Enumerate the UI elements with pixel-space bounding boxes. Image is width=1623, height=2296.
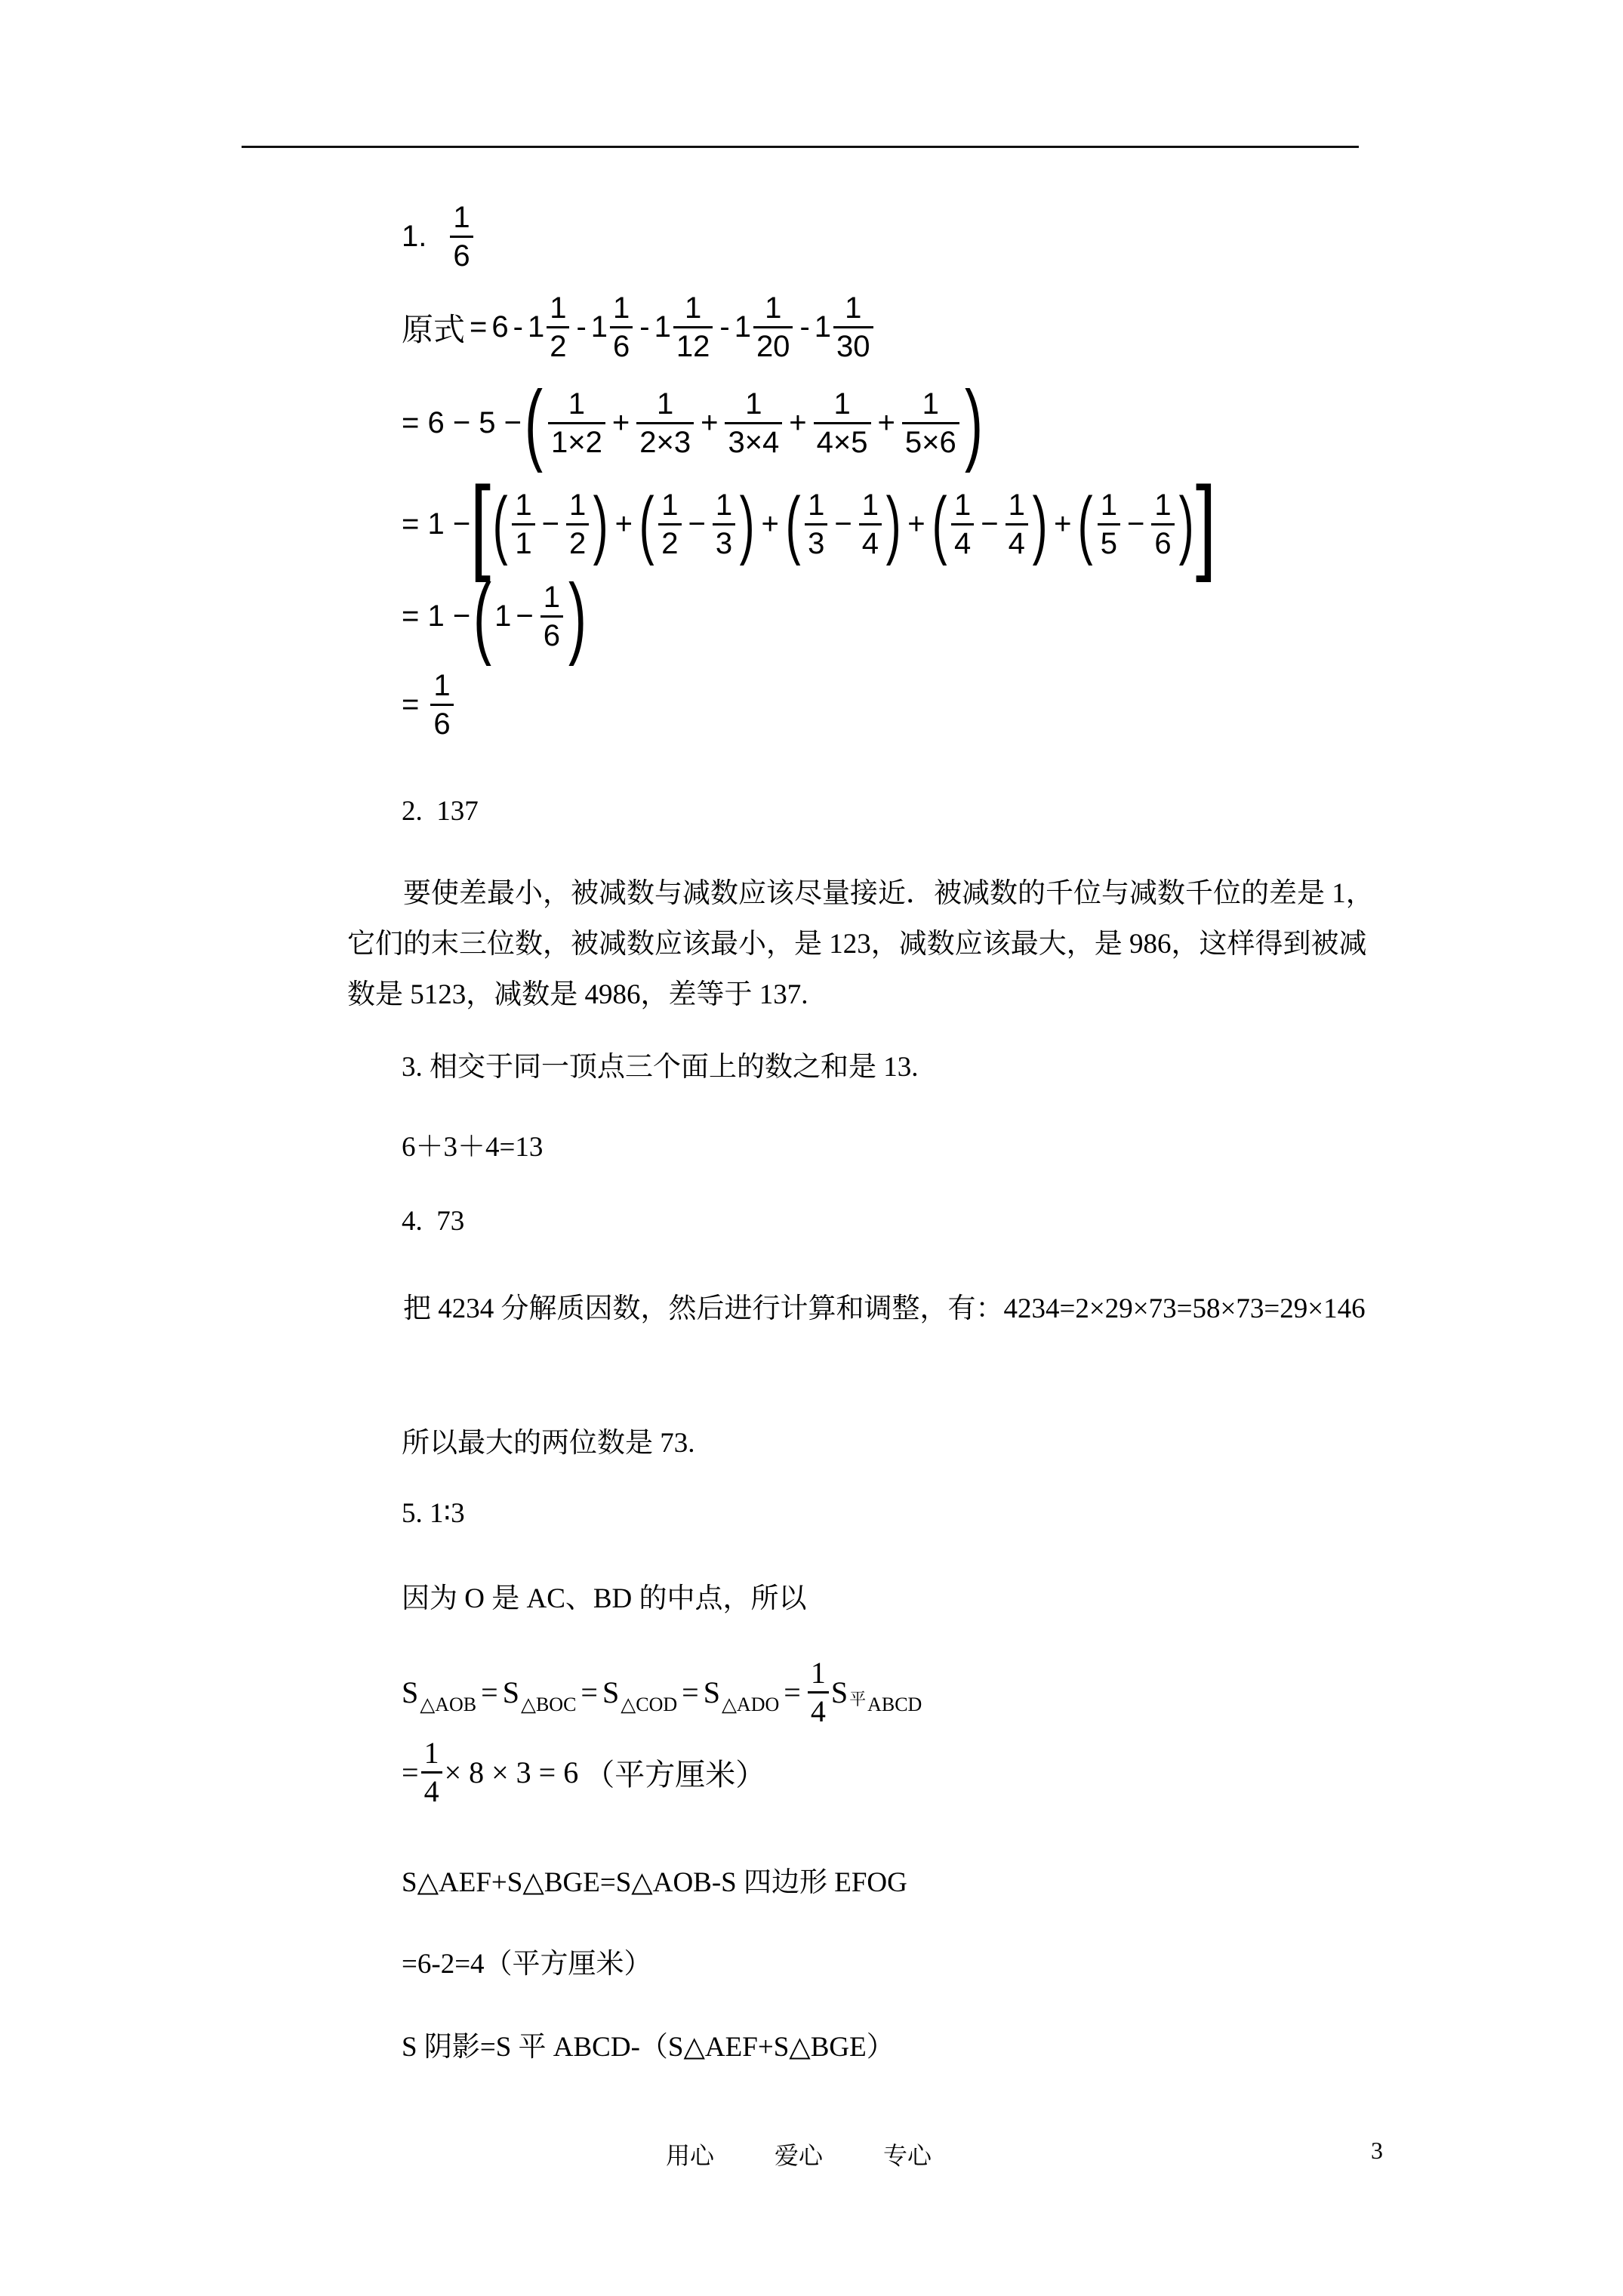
fraction: 12 [547, 293, 569, 362]
q1-step-2: = 6 − 5 − ( 11×2+12×3+13×4+14×5+15×6 ) [402, 378, 986, 468]
fraction: 11×2 [548, 389, 605, 458]
difference-group: (14−14) [930, 486, 1049, 562]
fraction: 12 [566, 490, 589, 559]
q5-area-calculation: = 1 4 × 8 × 3 = 6 （平方厘米） [402, 1738, 765, 1807]
q3-equation: 6＋3＋4=13 [402, 1123, 543, 1164]
difference-group: (12−13) [637, 486, 756, 562]
fraction: 14 [859, 490, 882, 559]
q3-heading: 3. 相交于同一顶点三个面上的数之和是 13. [402, 1043, 919, 1084]
q1-step-4: = 1 − ( 1 − 1 6 ) [402, 571, 590, 661]
fraction: 120 [753, 293, 793, 362]
fraction: 13 [713, 490, 735, 559]
q4-heading: 4. 73 [402, 1205, 464, 1237]
q1-step-3: = 1 − [ (11−12)+(12−13)+(13−14)+(14−14)+… [402, 471, 1216, 577]
q5-area-equality: S△AOB=S△BOC=S△COD=S△ADO=14S平ABCD [402, 1658, 922, 1727]
difference-group: (15−16) [1076, 486, 1195, 562]
fraction: 16 [610, 293, 633, 362]
fraction: 13×4 [725, 389, 782, 458]
fraction: 130 [833, 293, 873, 362]
fraction: 11 [512, 490, 534, 559]
fraction: 16 [1151, 490, 1174, 559]
q2-explanation: 要使差最小，被减数与减数应该尽量接近．被减数的千位与减数千位的差是 1，它们的末… [347, 868, 1389, 1020]
q5-line-c: S 阴影=S 平 ABCD-（S△AEF+S△BGE） [402, 2023, 895, 2064]
q5-line-a: S△AEF+S△BGE=S△AOB-S 四边形 EFOG [402, 1859, 907, 1900]
fraction: 15×6 [902, 389, 959, 458]
fraction: 14 [1006, 490, 1028, 559]
fraction: 12×3 [636, 389, 694, 458]
q5-line-b: =6-2=4（平方厘米） [402, 1940, 652, 1981]
footer-mottos: 用心 爱心 专心 [666, 2137, 932, 2171]
fraction: 112 [673, 293, 713, 362]
q1-answer-fraction: 1 6 [450, 202, 473, 271]
q2-heading: 2. 137 [402, 795, 479, 827]
header-rule [242, 146, 1359, 148]
q1-step-1: 原式 = 6 -112-116-1112-1120-1130 [402, 293, 876, 362]
fraction: 14×5 [814, 389, 871, 458]
q1-step-5: = 1 6 [402, 670, 456, 739]
q4-conclusion: 所以最大的两位数是 73. [402, 1419, 695, 1460]
q4-explanation: 把 4234 分解质因数，然后进行计算和调整，有：4234=2×29×73=58… [347, 1284, 1389, 1334]
fraction: 14 [951, 490, 974, 559]
q1-label: 1. [402, 220, 427, 254]
q1-heading: 1. 1 6 [402, 202, 476, 271]
difference-group: (13−14) [784, 486, 903, 562]
difference-group: (11−12) [491, 486, 610, 562]
fraction: 12 [658, 490, 681, 559]
fraction: 13 [805, 490, 827, 559]
q5-reason: 因为 O 是 AC、BD 的中点，所以 [402, 1575, 807, 1616]
fraction: 15 [1098, 490, 1120, 559]
original-expression-label: 原式 [402, 305, 465, 350]
page-number: 3 [1371, 2137, 1383, 2165]
fraction: 14 [808, 1658, 829, 1727]
q5-heading: 5. 1∶3 [402, 1496, 465, 1530]
